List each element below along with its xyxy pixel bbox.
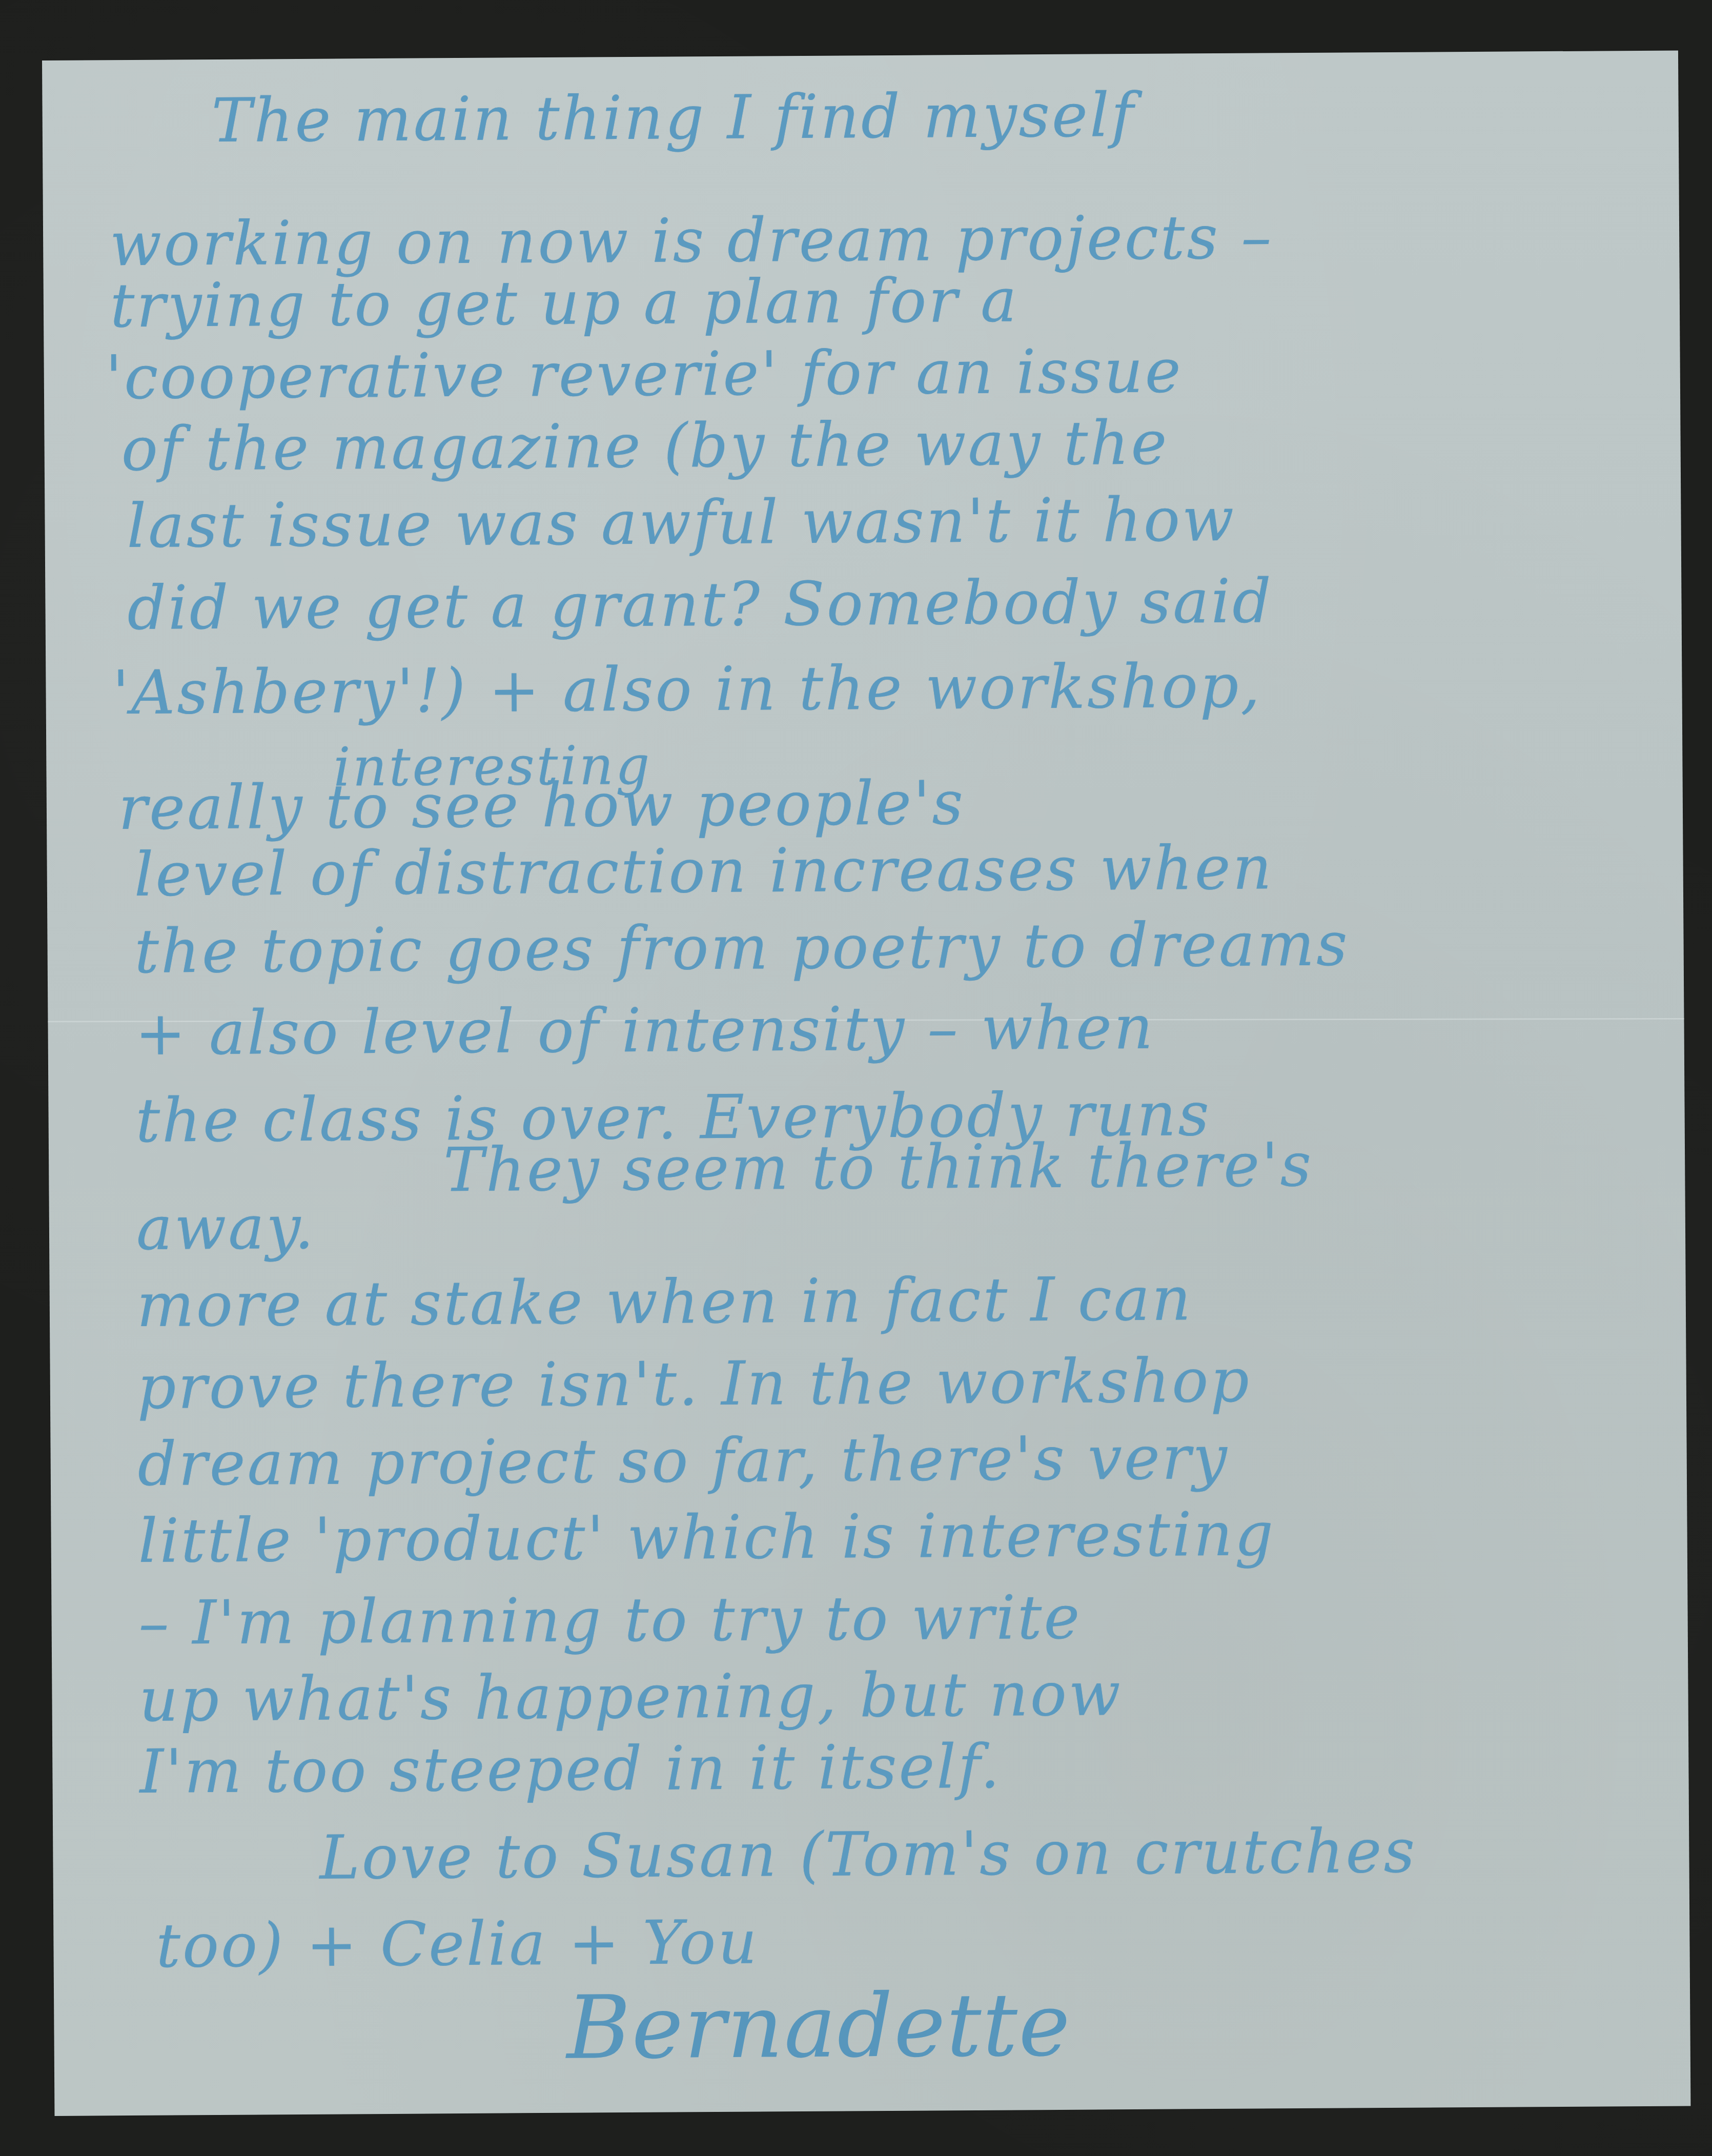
letter-line: the topic goes from poetry to dreams bbox=[134, 913, 1350, 981]
letter-line: dream project so far, there's very bbox=[137, 1427, 1229, 1494]
letter-line: level of distraction increases when bbox=[134, 837, 1274, 905]
letter-line: trying to get up a plan for a bbox=[110, 270, 1019, 336]
letter-line: last issue was awful wasn't it how bbox=[127, 489, 1236, 556]
letter-line: I'm too steeped in it itself. bbox=[139, 1736, 1002, 1802]
letter-line: did we get a grant? Somebody said bbox=[127, 571, 1273, 638]
letter-line: prove there isn't. In the workshop bbox=[137, 1350, 1251, 1417]
letter-line: up what's happening, but now bbox=[139, 1663, 1123, 1730]
letter-line: more at stake when in fact I can bbox=[136, 1268, 1193, 1335]
letter-line: really to see how people's bbox=[118, 772, 966, 838]
letter-line: – I'm planning to try to write bbox=[138, 1587, 1082, 1653]
letter-line: away. bbox=[136, 1197, 316, 1258]
closing-line: too) + Celia + You bbox=[156, 1912, 759, 1976]
letter-line: The main thing I find myself bbox=[211, 85, 1135, 151]
letter-line: + also level of intensity – when bbox=[135, 997, 1155, 1064]
letter-line: little 'product' which is interesting bbox=[138, 1503, 1275, 1571]
letter-page: The main thing I find myself working on … bbox=[42, 51, 1690, 2116]
letter-line: working on now is dream projects – bbox=[110, 207, 1274, 274]
letter-line: 'cooperative reverie' for an issue bbox=[105, 340, 1183, 408]
letter-line: 'Ashbery'!) + also in the workshop, bbox=[112, 655, 1262, 723]
letter-line: They seem to think there's bbox=[443, 1134, 1314, 1200]
closing-line: Love to Susan (Tom's on crutches bbox=[319, 1821, 1417, 1888]
signature: Bernadette bbox=[566, 1982, 1071, 2072]
letter-line: of the magazine (by the way the bbox=[121, 413, 1169, 479]
